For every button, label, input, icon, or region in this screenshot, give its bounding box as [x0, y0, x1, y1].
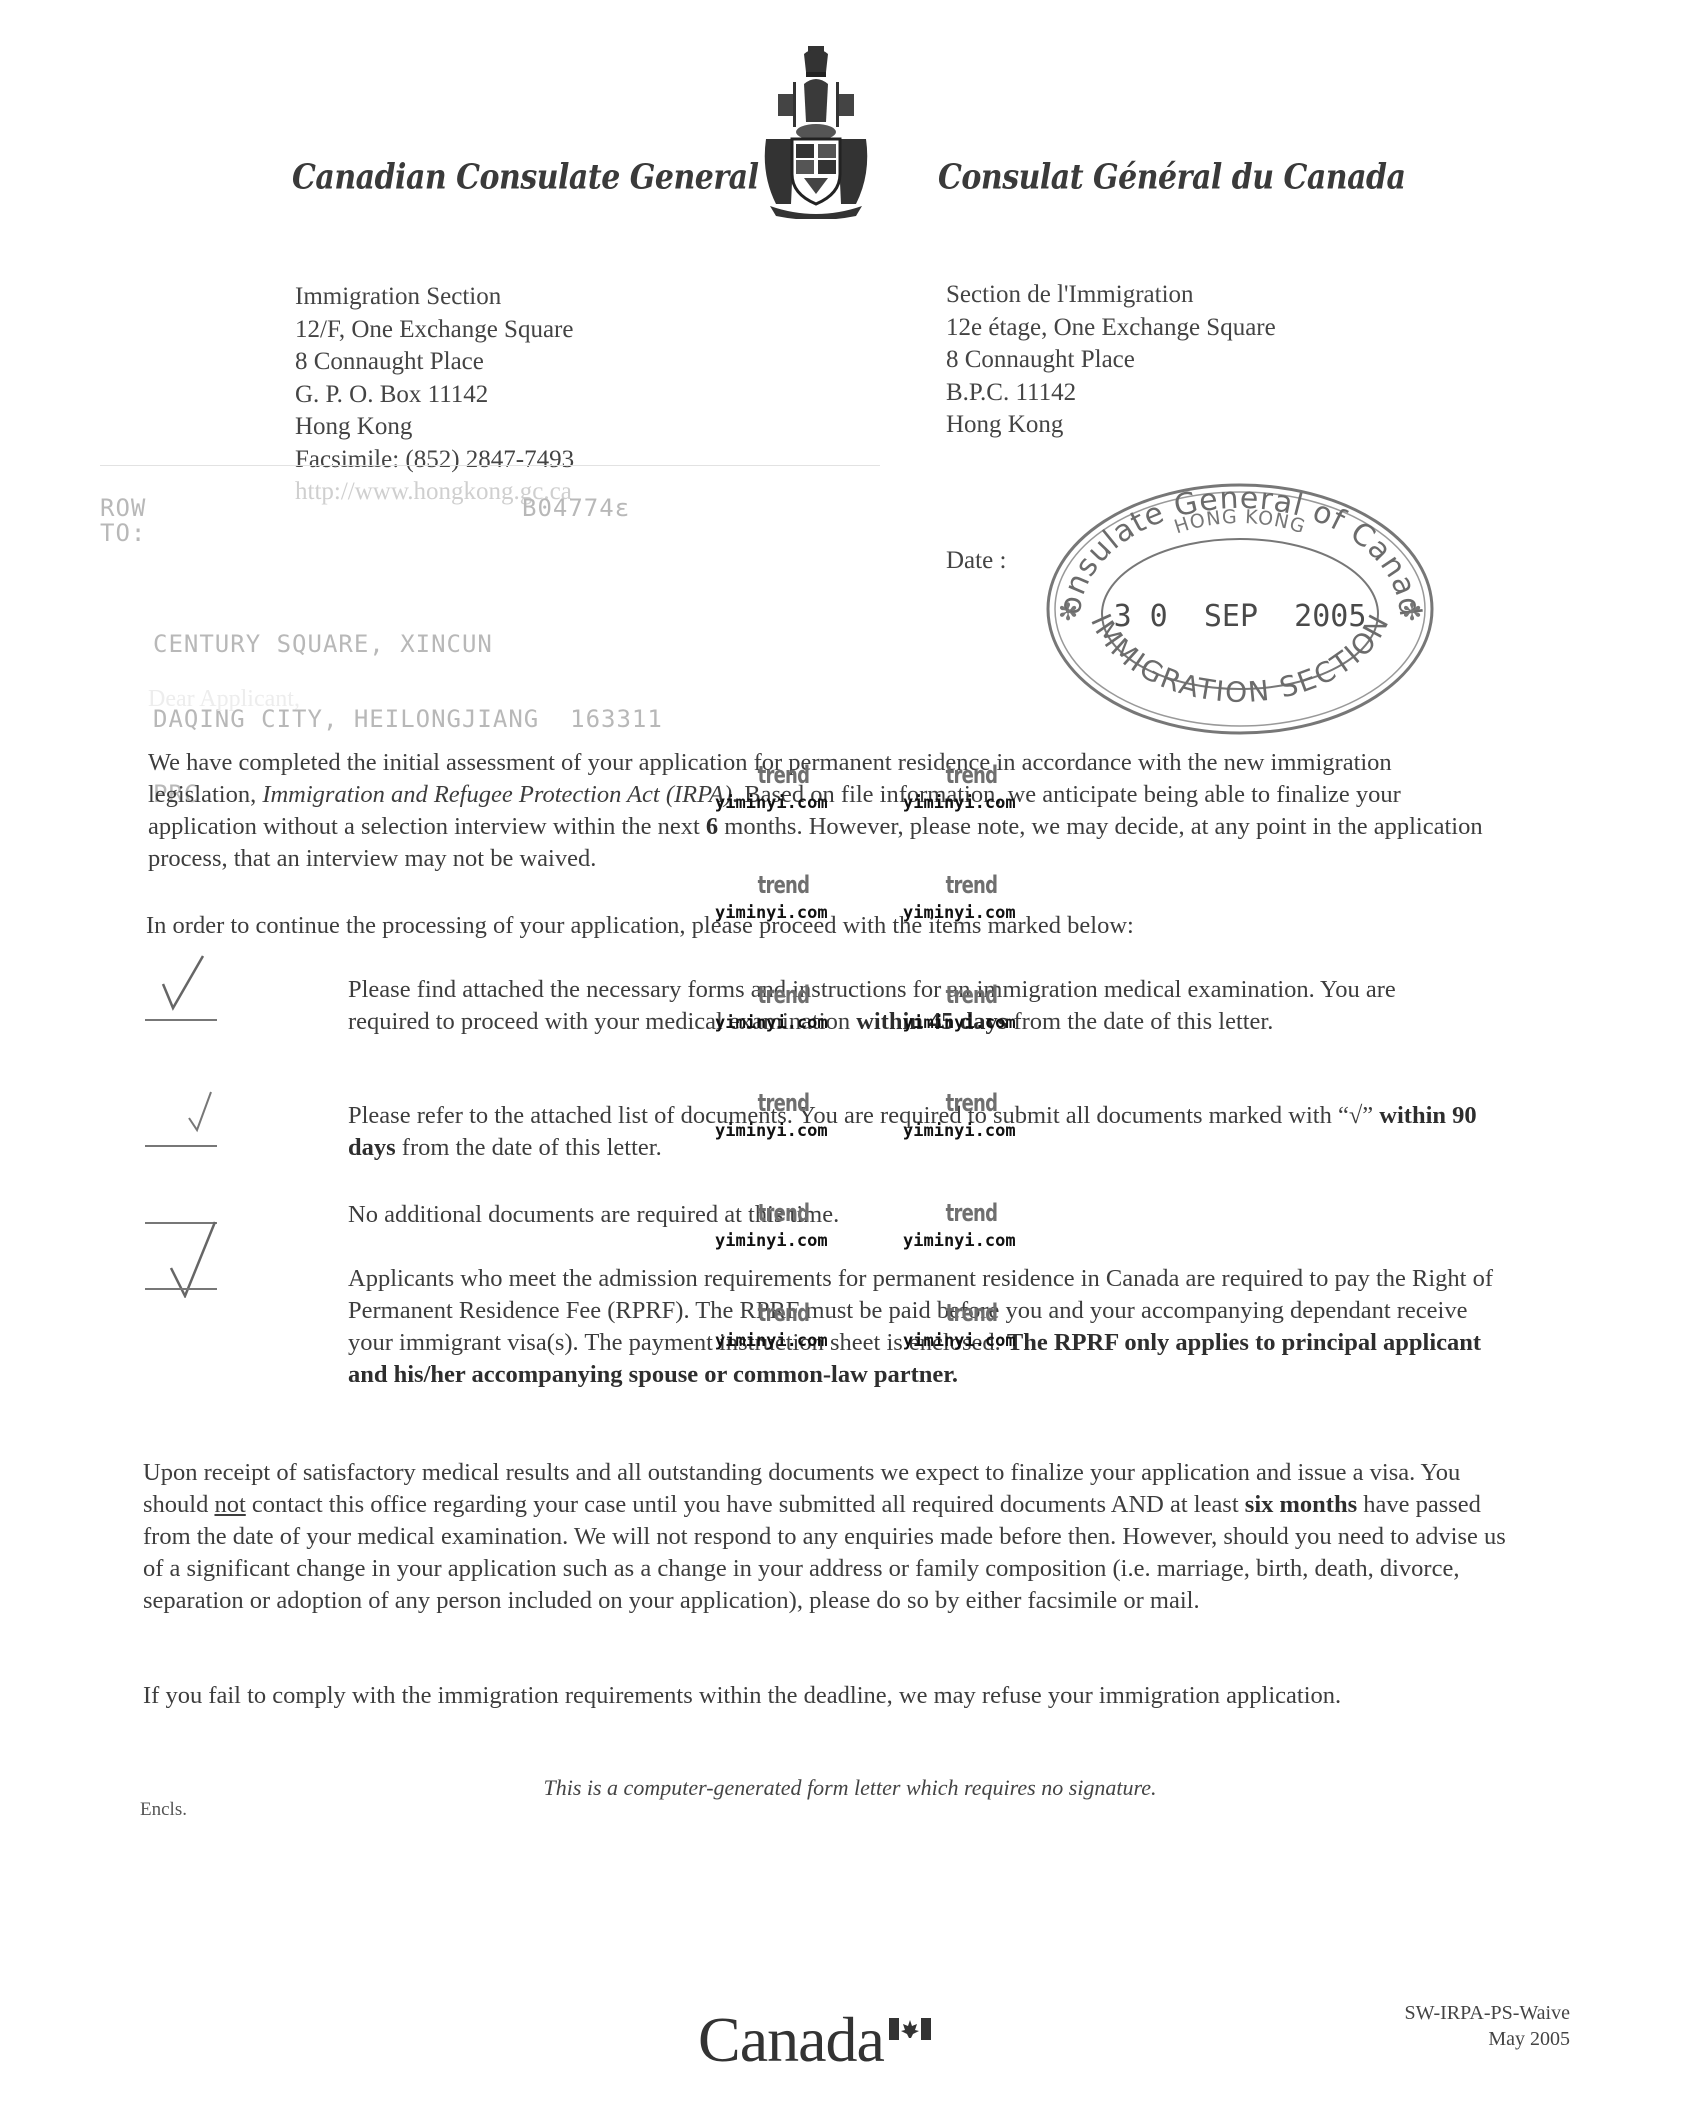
- address-line: G. P. O. Box 11142: [295, 379, 574, 412]
- to-label: TO:: [100, 521, 146, 546]
- checkbox-documents[interactable]: [145, 1080, 217, 1170]
- checkbox-underline: [145, 1145, 217, 1147]
- six-months: six months: [1245, 1491, 1357, 1518]
- canada-flag-icon: [889, 2018, 931, 2040]
- checkbox-medical[interactable]: [145, 952, 217, 1042]
- item-text: from the date of this letter.: [396, 1134, 662, 1161]
- emphasis-not: not: [214, 1491, 245, 1518]
- watermark-site: yiminyi.com: [903, 1231, 1016, 1251]
- item-text: from the date of this letter.: [1007, 1008, 1273, 1035]
- lead-sentence: In order to continue the processing of y…: [146, 910, 1496, 942]
- date-label: Date :: [946, 545, 1006, 578]
- divider: [100, 465, 880, 466]
- watermark-site: yiminyi.com: [715, 1231, 828, 1251]
- fax-number: Facsimile: (852) 2847-7493: [295, 444, 574, 477]
- stamp-ornament-left: ✻: [1058, 598, 1078, 626]
- checkbox-underline: [145, 1288, 217, 1290]
- closing-text: contact this office regarding your case …: [246, 1491, 1245, 1518]
- item-no-documents: No additional documents are required at …: [348, 1199, 1468, 1231]
- address-line: B.P.C. 11142: [946, 377, 1276, 410]
- form-code: SW-IRPA-PS-Waive: [1405, 2000, 1570, 2026]
- enclosures-label: Encls.: [140, 1799, 187, 1821]
- address-line: 8 Connaught Place: [946, 344, 1276, 377]
- address-line: Immigration Section: [295, 281, 574, 314]
- act-name: Immigration and Refugee Protection Act (…: [262, 781, 732, 808]
- address-french: Section de l'Immigration 12e étage, One …: [946, 279, 1276, 442]
- watermark-logo: trend: [946, 871, 998, 899]
- checkmark-icon: [163, 1220, 219, 1298]
- computer-generated-note: This is a computer-generated form letter…: [0, 1775, 1700, 1801]
- intro-paragraph: We have completed the initial assessment…: [148, 747, 1498, 875]
- consulate-date-stamp: Consulate General of Canada HONG KONG IM…: [1040, 478, 1440, 740]
- letterhead-title-fr: Consulat Général du Canada: [938, 157, 1405, 197]
- item-documents: Please refer to the attached list of doc…: [348, 1100, 1488, 1164]
- checkmark-icon: [157, 954, 207, 1014]
- checkmark-icon: [185, 1090, 215, 1134]
- canada-wordmark: Canada: [698, 2003, 884, 2077]
- item-rprf: Applicants who meet the admission requir…: [348, 1263, 1498, 1391]
- form-date: May 2005: [1405, 2026, 1570, 2052]
- item-medical: Please find attached the necessary forms…: [348, 974, 1468, 1038]
- address-line: 8 Connaught Place: [295, 346, 574, 379]
- address-english: Immigration Section 12/F, One Exchange S…: [295, 281, 574, 509]
- deadline: within 45 days: [856, 1008, 1007, 1035]
- coat-of-arms-icon: [756, 44, 876, 219]
- address-line: Hong Kong: [295, 411, 574, 444]
- form-code-block: SW-IRPA-PS-Waive May 2005: [1405, 2000, 1570, 2052]
- months-count: 6: [706, 813, 718, 840]
- file-number: B04774ɛ: [522, 496, 630, 521]
- stamp-ornament-right: ✻: [1402, 598, 1422, 626]
- routing-code: ROW: [100, 496, 146, 521]
- checkbox-rprf[interactable]: [145, 1200, 217, 1300]
- item-text: Please refer to the attached list of doc…: [348, 1102, 1379, 1129]
- address-line: Hong Kong: [946, 409, 1276, 442]
- stamp-date: 3 0 SEP 2005: [1114, 599, 1367, 634]
- salutation: Dear Applicant,: [148, 686, 300, 713]
- watermark-logo: trend: [758, 871, 810, 899]
- address-line: 12/F, One Exchange Square: [295, 314, 574, 347]
- wordmark-text: Canada: [698, 2004, 884, 2075]
- checkbox-underline: [145, 1019, 217, 1021]
- closing-paragraph: Upon receipt of satisfactory medical res…: [143, 1457, 1513, 1617]
- address-line: Section de l'Immigration: [946, 279, 1276, 312]
- recipient-line: CENTURY SQUARE, XINCUN: [153, 632, 663, 657]
- warning-paragraph: If you fail to comply with the immigrati…: [143, 1680, 1443, 1712]
- address-line: 12e étage, One Exchange Square: [946, 312, 1276, 345]
- letterhead-title-en: Canadian Consulate General: [292, 157, 759, 197]
